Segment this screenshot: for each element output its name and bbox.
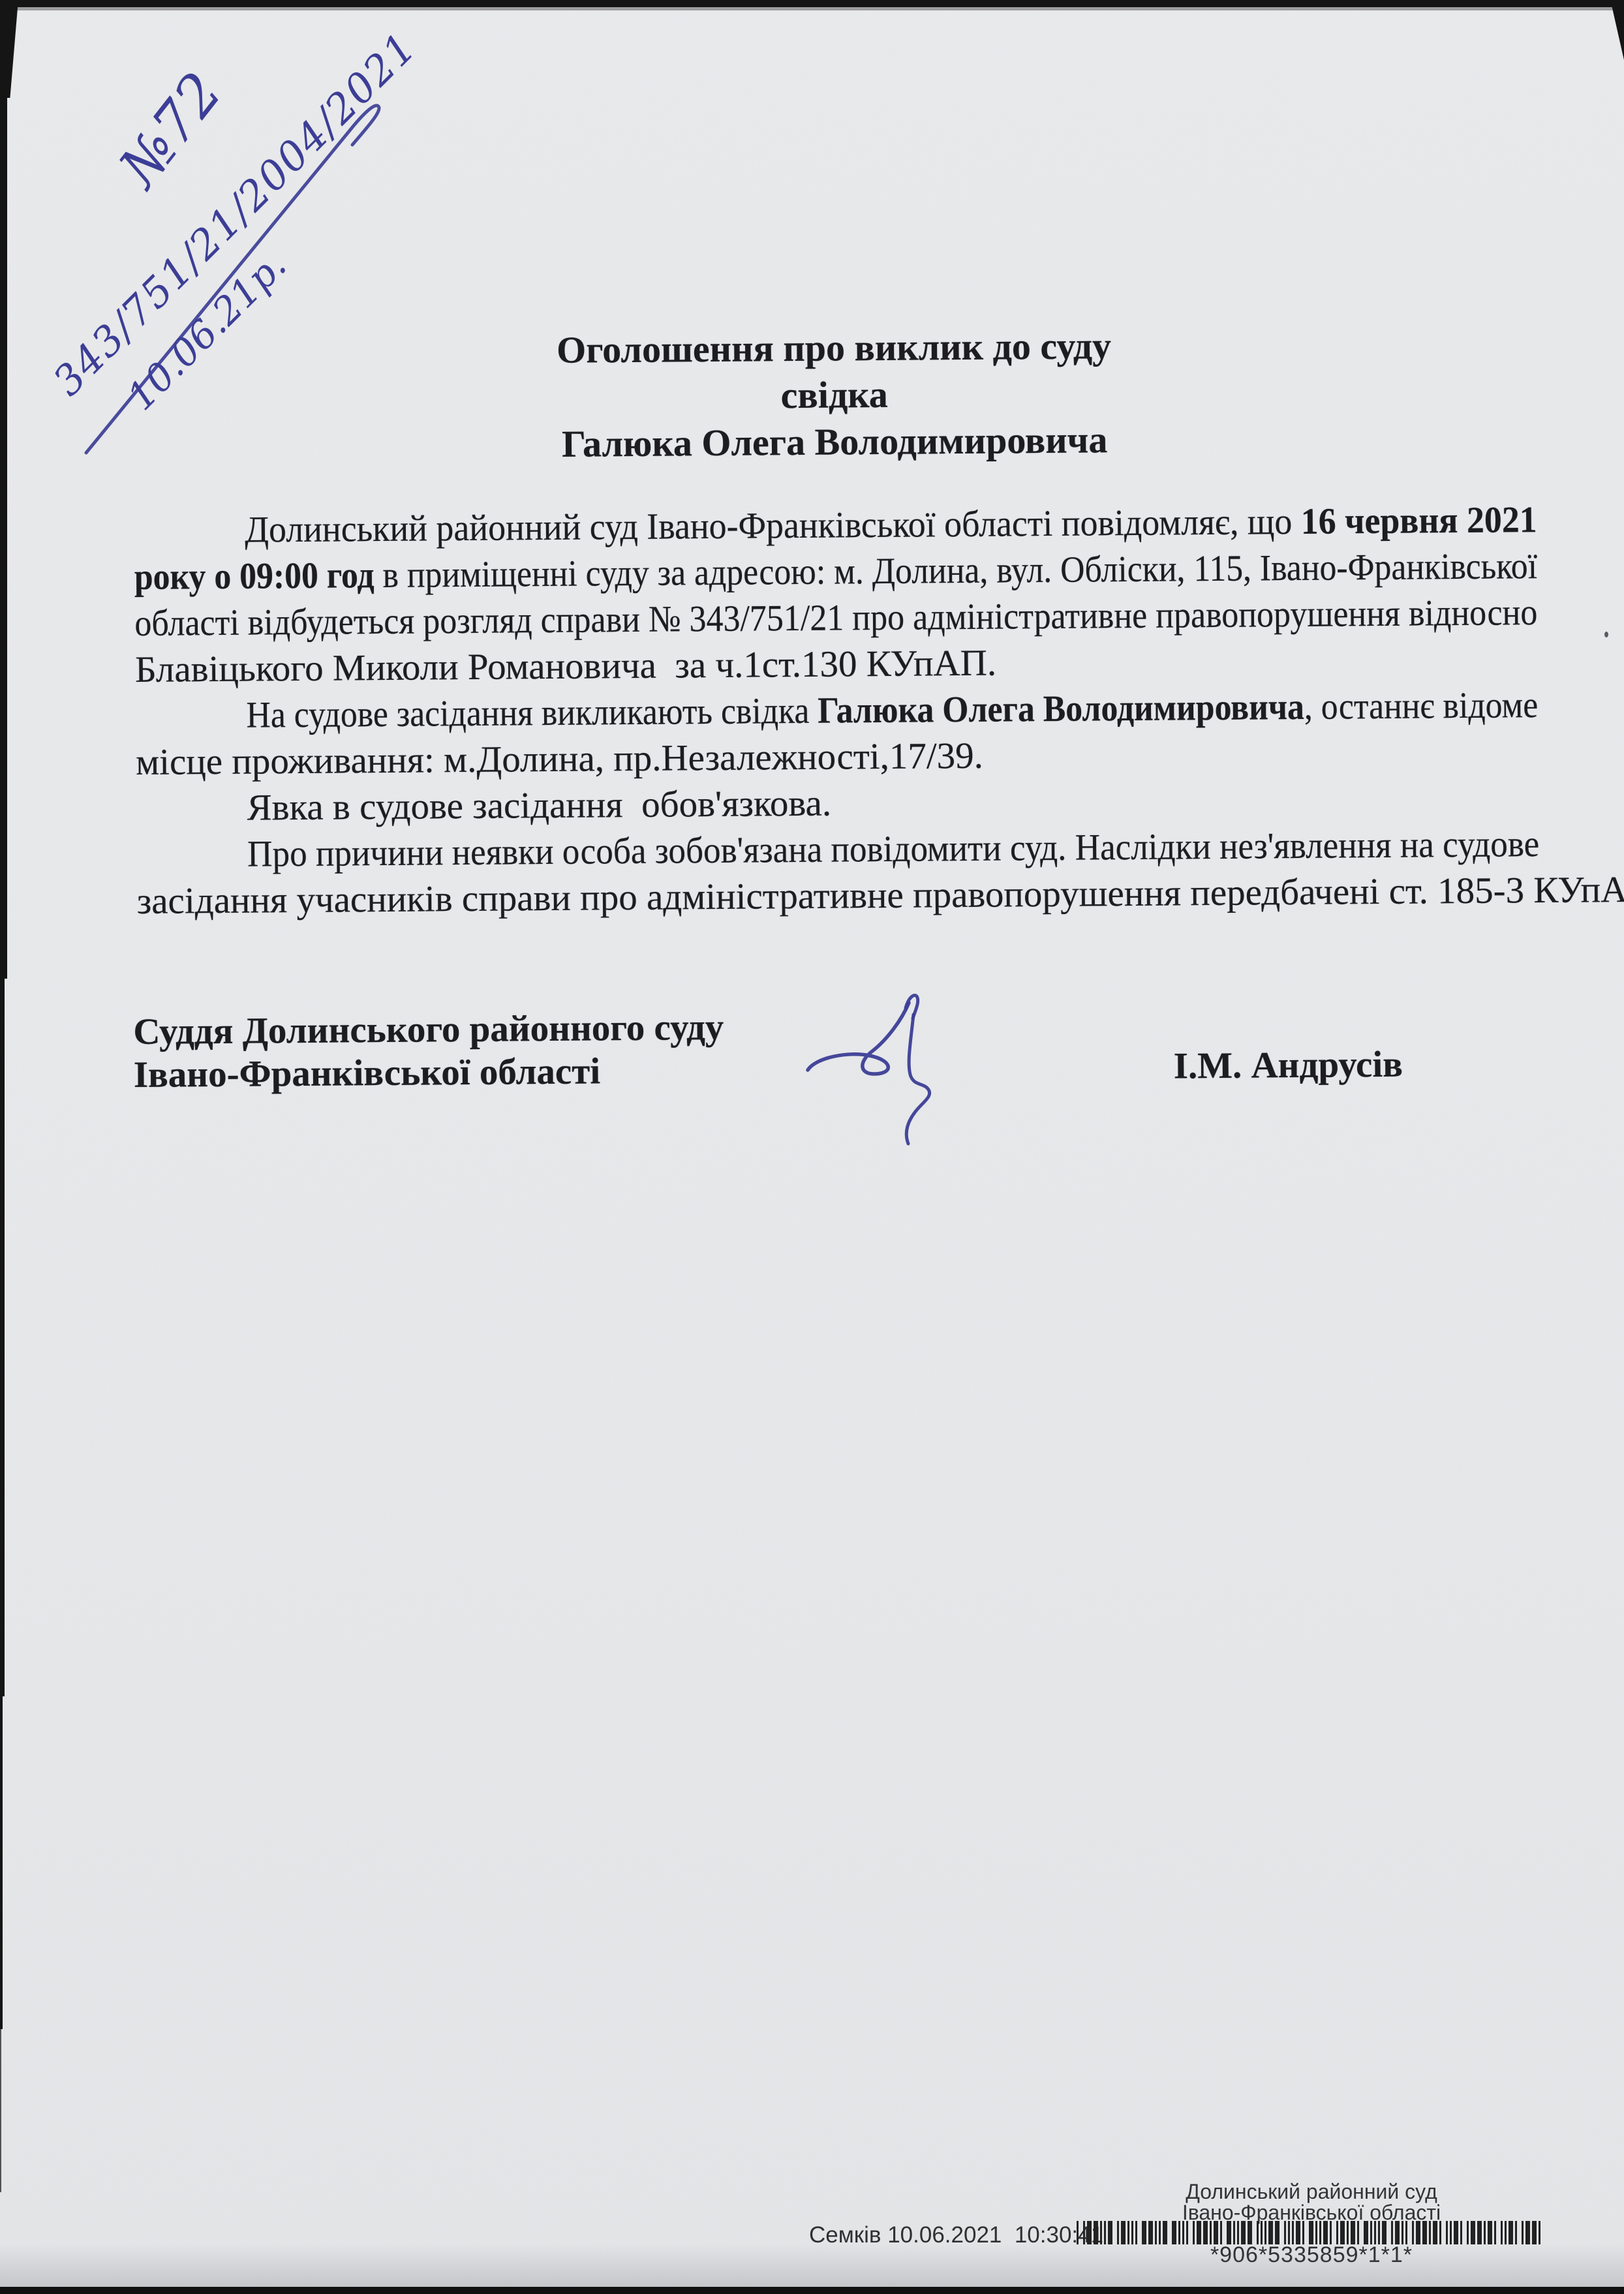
scan-speck (1604, 632, 1608, 637)
scan-edge-left-tail (0, 2023, 1, 2192)
judge-name: І.М. Андрусів (1174, 1043, 1403, 1088)
signature-title-line-2: Івано-Франківської області (134, 1049, 725, 1097)
scan-edge-bottom (0, 2287, 1624, 2294)
scan-edge-top-fade (0, 7, 1624, 10)
signature-block: Суддя Долинського районного суду Івано-Ф… (133, 1006, 724, 1097)
scanned-court-document: №72 343/751/21/2004/2021 10.06.21р. Огол… (0, 0, 1624, 2294)
document-title: Оголошення про виклик до суду свідка Гал… (132, 319, 1537, 471)
signature-title-line-1: Суддя Долинського районного суду (133, 1006, 724, 1054)
scan-edge-left-mid (0, 979, 5, 1696)
body-text: Долинський районний суд Івано-Франківськ… (134, 497, 1540, 925)
scan-edge-left-lower (0, 1696, 3, 2029)
scan-shadow-bottom (0, 2243, 1624, 2287)
judge-handwritten-signature (803, 988, 959, 1152)
scan-edge-left (0, 0, 7, 979)
scan-edge-top (0, 0, 1624, 7)
code39-barcode (1077, 2221, 1559, 2244)
